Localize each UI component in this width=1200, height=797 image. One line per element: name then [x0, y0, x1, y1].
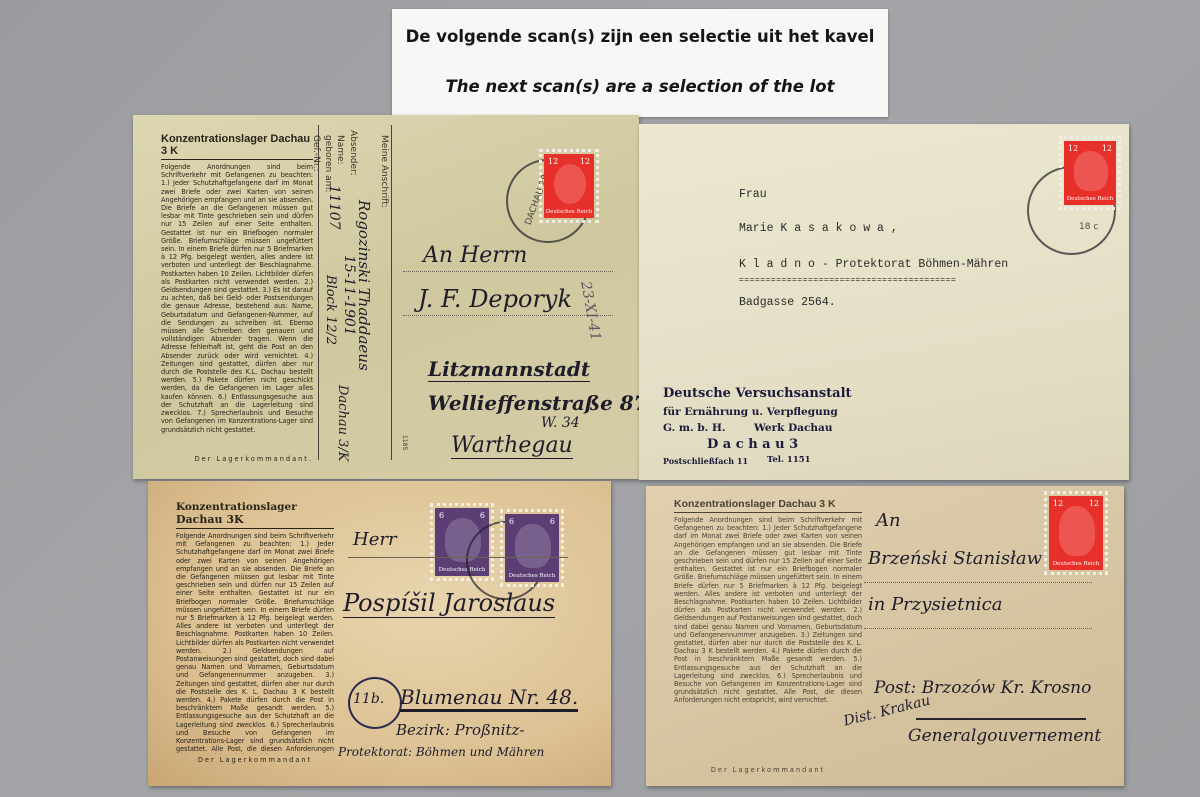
field-label-absender: Absender: [348, 130, 358, 176]
label-dutch-text: De volgende scan(s) zijn een selectie ui… [392, 27, 888, 46]
stamp-country: Deutsches Reich [505, 573, 559, 579]
address-protectorate: Protektorat: Böhmen und Mähren [338, 745, 544, 759]
typed-separator: ========================================… [739, 276, 956, 285]
stamp-country: Deutsches Reich [544, 209, 594, 215]
typed-salutation: Frau [739, 188, 767, 201]
printed-regulations: Konzentrationslager Dachau 3 K Folgende … [161, 133, 313, 463]
stamp-value: 12 [1068, 144, 1078, 153]
stamp-value: 6 [550, 517, 555, 526]
address-salutation: Herr [353, 529, 397, 550]
address-salutation: An Herrn [423, 243, 527, 268]
envelope-kladno: 18 c 12 12 Deutsches Reich Frau Marie K … [639, 124, 1129, 480]
stamp-value: 6 [439, 511, 444, 520]
typed-recipient: Marie K a s a k o w a , [739, 222, 898, 235]
stamp-value: 12 [1102, 144, 1112, 153]
envelope-blumenau: Konzentrationslager Dachau 3K Folgende A… [148, 481, 611, 786]
stamp-value: 12 [1053, 499, 1063, 508]
address-recipient: Pospíšil Jaroslaus [343, 589, 555, 618]
address-district: Bezirk: Proßnitz- [396, 721, 524, 739]
handwritten-sender-name: Rogozinski Thaddaeus [355, 200, 373, 371]
stamp-6-purple: 6 6 Deutsches Reich [500, 509, 564, 587]
postmark-text: 18 c [1079, 222, 1098, 232]
address-region: Generalgouvernement [908, 726, 1101, 746]
printed-regulations: Konzentrationslager Dachau 3K Folgende A… [176, 501, 334, 764]
field-label-name: Name: [335, 135, 345, 165]
printed-signature: Der Lagerkommandant. [161, 455, 313, 463]
sender-plant: Werk Dachau [754, 422, 832, 434]
address-recipient: J. F. Deporyk [418, 285, 572, 313]
address-village: in Przysietnica [868, 594, 1002, 615]
field-label-address: Meine Anschrift: [379, 135, 389, 208]
postcard-dachau-top-left: Konzentrationslager Dachau 3 K Folgende … [133, 115, 639, 479]
address-district-number: W. 34 [541, 415, 580, 431]
address-line [403, 315, 613, 316]
divider-line [391, 125, 392, 460]
printed-signature: Der Lagerkommandant [176, 756, 334, 764]
address-salutation: An [876, 510, 901, 531]
stamp-value: 12 [548, 157, 558, 166]
handwritten-date-note: 23-XI-41 [577, 280, 603, 342]
address-line [864, 628, 1092, 629]
stamp-12-red: 12 12 Deutsches Reich [1059, 136, 1121, 210]
stamp-value: 6 [480, 511, 485, 520]
sender-town: D a c h a u 3 [707, 437, 798, 452]
address-post-office: Post: Brzozów Kr. Krosno [874, 678, 1091, 698]
portrait-icon [515, 524, 551, 568]
printed-title: Konzentrationslager Dachau 3 K [161, 133, 313, 160]
address-line [403, 271, 613, 272]
address-underline [916, 718, 1086, 720]
printed-title: Konzentrationslager Dachau 3 K [674, 498, 862, 513]
address-line [348, 557, 568, 558]
divider-line [318, 125, 319, 460]
sender-subtitle: für Ernährung u. Verpflegung [663, 406, 838, 418]
sender-company-form: G. m. b. H. [663, 422, 726, 434]
stamp-value: 12 [1089, 499, 1099, 508]
sender-phone: Tel. 1151 [767, 455, 811, 465]
stamp-country: Deutsches Reich [1064, 196, 1116, 202]
handwritten-birthdate: 15-11-1901 [341, 255, 357, 336]
stamp-12-red: 12 12 Deutsches Reich [1044, 491, 1108, 575]
handwritten-prisoner-number: 11107 [326, 185, 342, 230]
printed-regulations: Konzentrationslager Dachau 3 K Folgende … [674, 498, 862, 774]
printed-rules-text: Folgende Anordnungen sind beim Schriftve… [674, 516, 862, 764]
portrait-icon [1074, 151, 1108, 191]
lot-label-card: De volgende scan(s) zijn een selectie ui… [392, 9, 888, 117]
address-city: Litzmannstadt [428, 357, 590, 382]
portrait-icon [554, 164, 586, 204]
printed-signature: Der Lagerkommandant [674, 766, 862, 774]
printed-title-line1: Konzentrationslager [176, 501, 334, 513]
address-town: Blumenau Nr. 48. [400, 685, 578, 712]
printed-title-line2: Dachau 3K [176, 513, 334, 529]
handwritten-camp: Dachau 3/K [335, 385, 350, 461]
typed-city: K l a d n o - Protektorat Böhmen-Mähren [739, 258, 1008, 271]
address-street: Wellieffenstraße 87 [428, 391, 639, 415]
stamp-value: 6 [509, 517, 514, 526]
postcard-brzozow: Konzentrationslager Dachau 3 K Folgende … [646, 486, 1124, 786]
field-label-born: geboren am: [323, 135, 333, 192]
handwritten-block: Block 12/2 [323, 275, 338, 345]
address-district-code: 11b. [353, 691, 384, 707]
label-english-text: The next scan(s) are a selection of the … [392, 77, 888, 96]
printed-rules-text: Folgende Anordnungen sind beim Schriftve… [176, 532, 334, 754]
printed-rules-text: Folgende Anordnungen sind beim Schriftve… [161, 163, 313, 463]
field-label-prisoner-number: Gef.-Nr.: [311, 135, 321, 172]
stamp-12-hindenburg: 12 12 Deutsches Reich [539, 149, 599, 223]
sender-name: Deutsche Versuchsanstalt [663, 386, 852, 401]
portrait-icon [1059, 506, 1095, 556]
form-number: 1185 [401, 435, 408, 450]
typed-street: Badgasse 2564. [739, 296, 836, 309]
stamp-country: Deutsches Reich [1049, 561, 1103, 567]
sender-po-box: Postschließfach 11 [663, 456, 748, 466]
address-region: Warthegau [451, 433, 573, 459]
address-recipient: Brzeński Stanisław [868, 548, 1042, 569]
address-line [864, 582, 1092, 583]
stamp-value: 12 [580, 157, 590, 166]
